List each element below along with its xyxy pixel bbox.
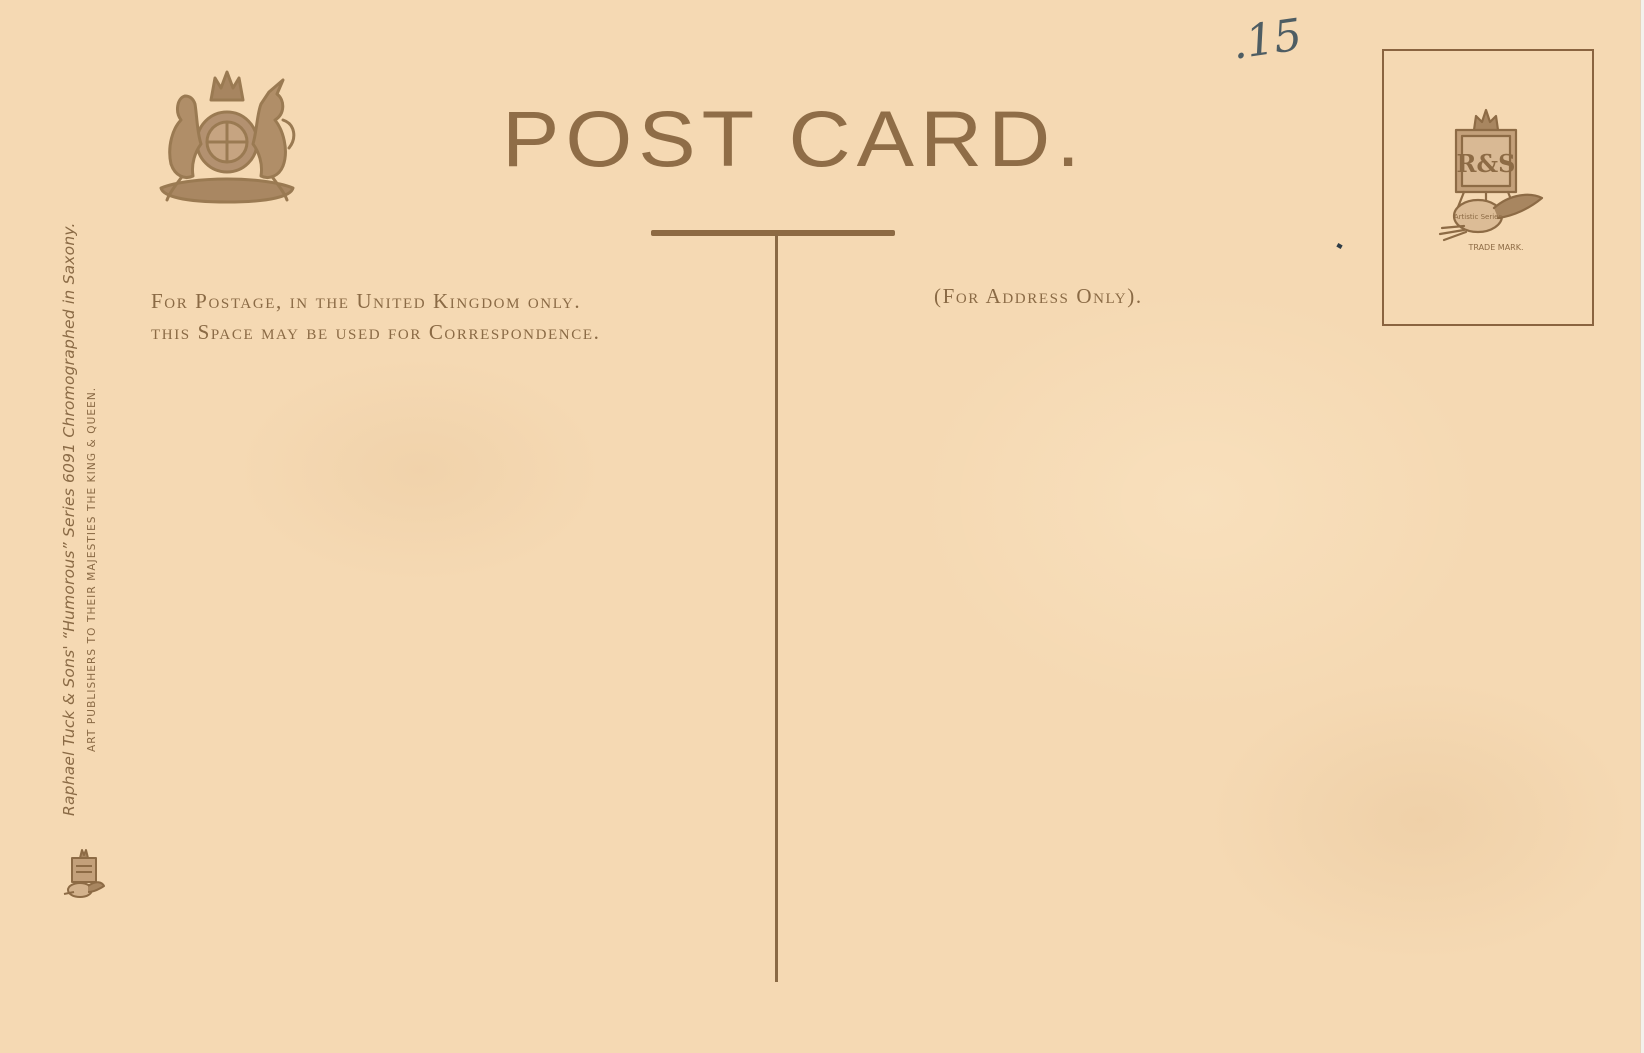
publisher-imprint-line1: Raphael Tuck & Sons' “Humorous” Series 6… (60, 136, 78, 816)
easel-trademark-icon: R&S Artistic Series TRADE MARK. (1434, 108, 1550, 258)
correspondence-note: For Postage, in the United Kingdom only.… (151, 286, 600, 348)
ink-speck (1336, 243, 1342, 249)
address-label: (For Address Only). (934, 284, 1143, 309)
handwritten-price-note: .15 (1229, 9, 1305, 69)
divider-horizontal-bar (651, 230, 895, 236)
divider-vertical-line (775, 234, 778, 982)
page-title: POST CARD. (502, 100, 1086, 179)
correspondence-note-line2: this Space may be used for Correspondenc… (151, 317, 600, 348)
easel-logo-icon (62, 848, 106, 900)
correspondence-note-line1: For Postage, in the United Kingdom only. (151, 286, 600, 317)
publisher-imprint-line2: ART PUBLISHERS TO THEIR MAJESTIES THE KI… (86, 387, 98, 752)
postcard-back: POST CARD. For Postage, in the United Ki… (0, 0, 1641, 1053)
trademark-ribbon: Artistic Series (1454, 213, 1503, 221)
trademark-caption: TRADE MARK. (1467, 243, 1523, 252)
trademark-monogram: R&S (1457, 149, 1516, 178)
royal-coat-of-arms-icon (151, 68, 303, 208)
